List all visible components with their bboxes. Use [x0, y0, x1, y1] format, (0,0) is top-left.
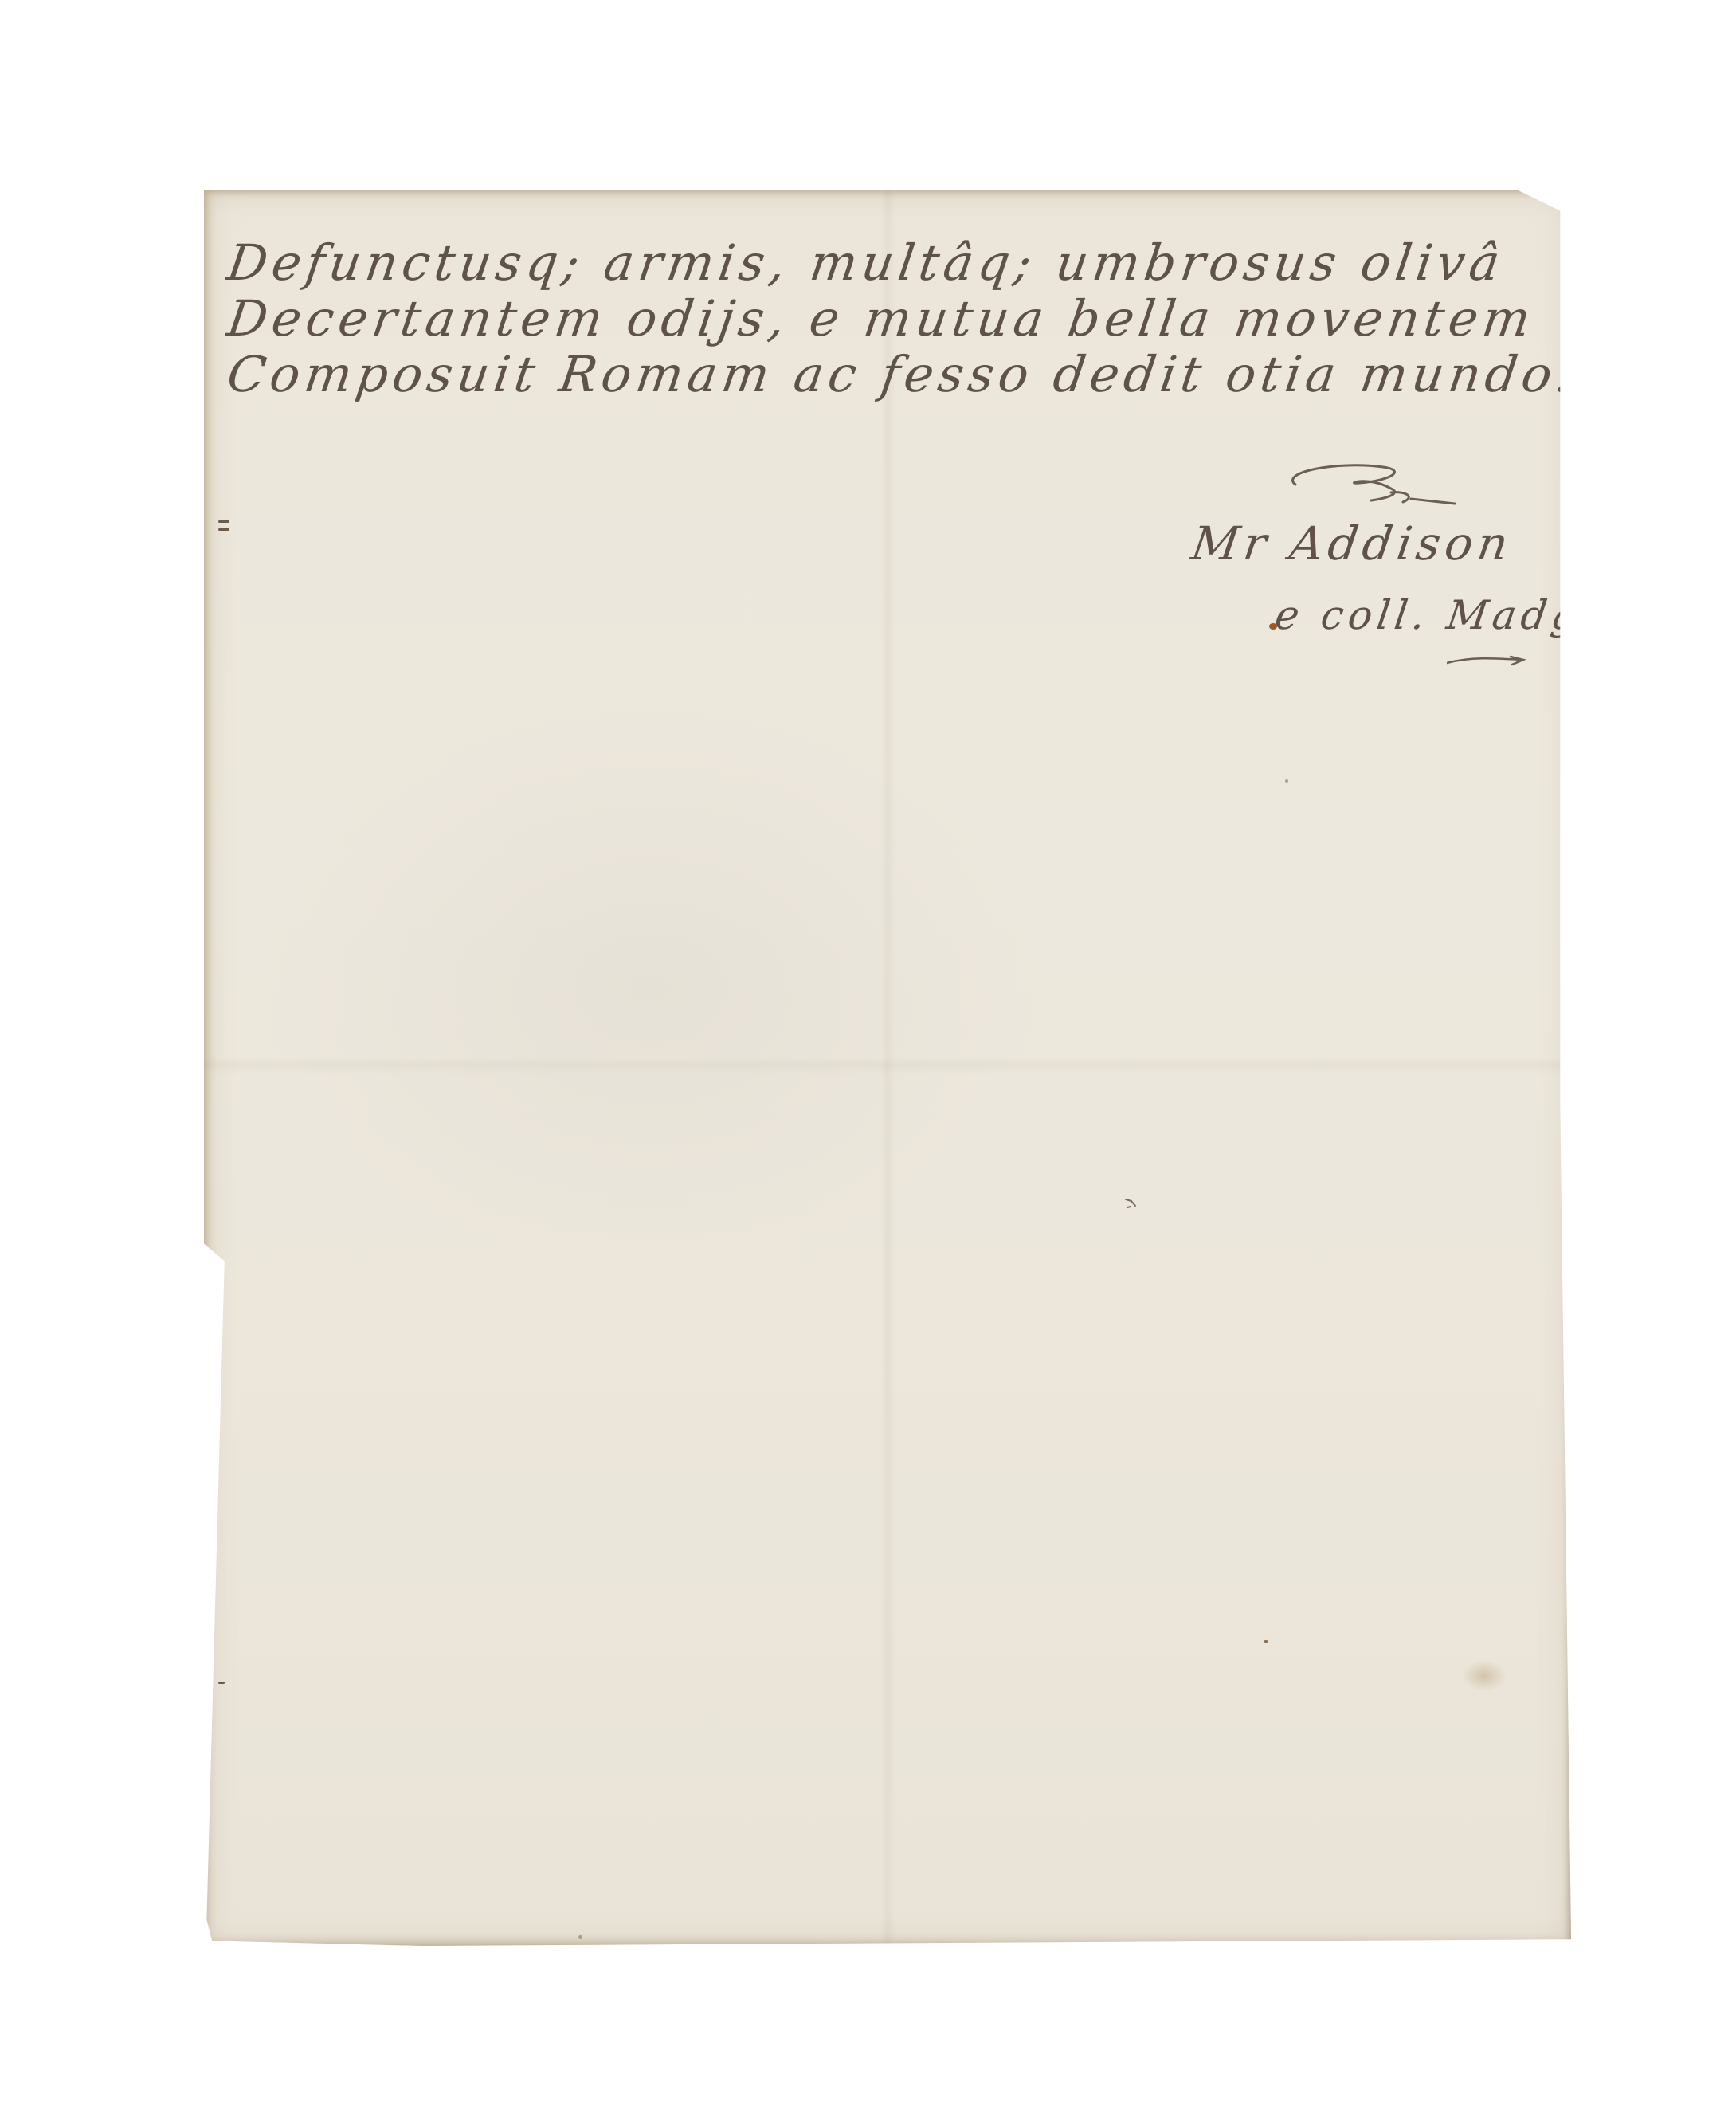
verse-line-2: Decertantem odijs, e mutua bella movente… [224, 289, 1538, 347]
margin-mark [218, 1682, 225, 1684]
paper-speck [1264, 1640, 1268, 1643]
margin-mark [218, 528, 229, 531]
underline-flourish-icon [1447, 652, 1526, 668]
manuscript-page: Defunctusq; armis, multâq; umbrosus oliv… [204, 190, 1571, 1946]
paper-speck [578, 1935, 582, 1939]
paper-speck [878, 1963, 882, 1966]
paper-speck [1285, 779, 1288, 783]
signature-name: Mr Addison [1188, 516, 1516, 571]
signature-affiliation: e coll. Madg: [1272, 592, 1603, 638]
fold-crossing-mark-icon [1124, 1196, 1138, 1211]
verse-line-1: Defunctusq; armis, multâq; umbrosus oliv… [224, 233, 1508, 292]
signature-flourish-icon [1272, 453, 1463, 516]
verse-line-3: Composuit Romam ac fesso dedit otia mund… [224, 345, 1581, 403]
margin-mark [218, 520, 229, 523]
